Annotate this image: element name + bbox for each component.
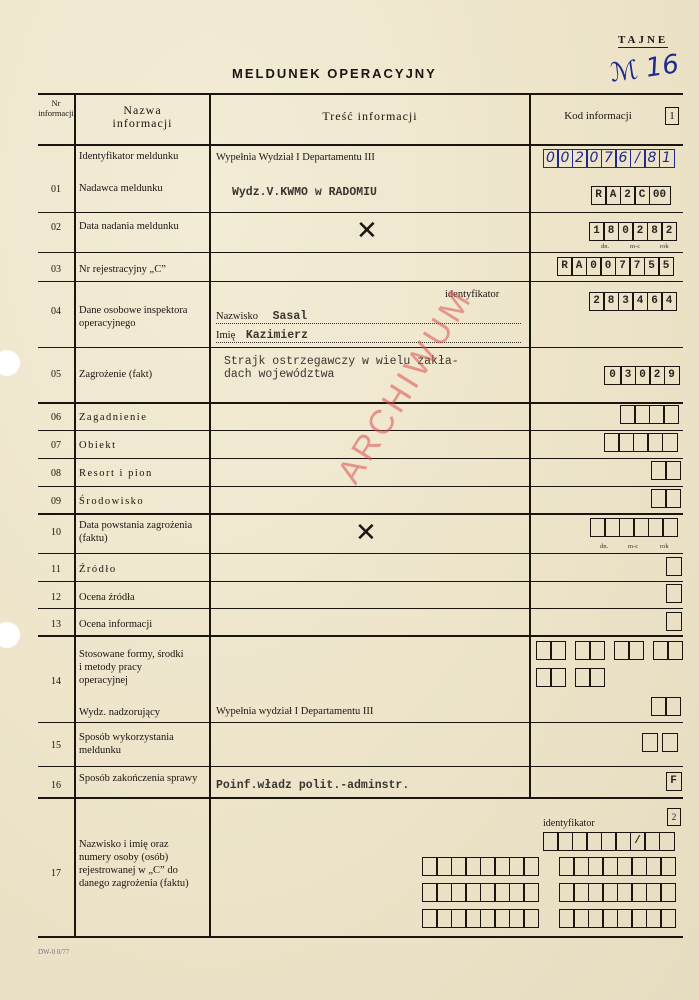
row-name-data-powstania: Data powstania zagrożenia (faktu) [79, 519, 199, 545]
page-code-box: 1 [665, 107, 679, 125]
code-box-zrodlo [667, 557, 682, 576]
form-footer-code: DW-0 0/77 [38, 948, 69, 956]
row-name-stosowane-formy: Stosowane formy, środki i metody pracy o… [79, 648, 189, 687]
code-boxes-data-nadania: 1 8 0 2 8 2 [590, 222, 677, 241]
surname-field: Nazwisko Sasal [216, 310, 521, 324]
code-boxes-identyfikator-17: / [544, 832, 675, 851]
cross-mark-icon: ✕ [356, 218, 378, 244]
header-nazwa: Nazwa informacji [95, 104, 190, 130]
handwritten-page-number: ℳ 16 [608, 49, 681, 88]
row-divider [38, 581, 683, 582]
code-boxes-person-1a [423, 857, 539, 876]
row-number: 01 [38, 184, 74, 195]
code-box-sposob-zakonczenia: F [667, 772, 682, 791]
code-box-ocena-informacji [667, 612, 682, 631]
code-boxes-nr-rejestracyjny: R A 0 0 7 7 5 5 [558, 257, 674, 276]
row-number: 07 [38, 440, 74, 451]
code-boxes-zagadnienie [621, 405, 679, 424]
classification-label: TAJNE [618, 34, 668, 48]
row-number: 05 [38, 369, 74, 380]
code-boxes-person-2b [560, 883, 676, 902]
code-boxes-srodowisko [652, 489, 681, 508]
row-number: 08 [38, 468, 74, 479]
row-name-zagrozenie: Zagrożenie (fakt) [79, 368, 209, 381]
row-name-data-nadania: Data nadania meldunku [79, 220, 204, 233]
row-divider [38, 402, 683, 404]
code-boxes-inspektor: 2 8 3 4 6 4 [590, 292, 677, 311]
punch-hole [0, 622, 20, 648]
row-name-ocena-zrodla: Ocena źródła [79, 591, 209, 604]
row-number: 03 [38, 264, 74, 275]
row-number: 11 [38, 564, 74, 575]
code-boxes-nadawca: R A 2 C 00 [592, 186, 671, 205]
row-divider [38, 766, 683, 767]
code-boxes-formy-row2 [537, 668, 605, 687]
row-name-sposob-wykorzystania: Sposób wykorzystania meldunku [79, 731, 209, 757]
code-boxes-wydz-nadzorujacy [652, 697, 681, 716]
row-divider [38, 722, 683, 723]
code-boxes-obiekt [605, 433, 678, 452]
header-tresc: Treść informacji [300, 110, 440, 123]
row-divider [38, 281, 683, 282]
code-box-ocena-zrodla [667, 584, 682, 603]
row-name-zagadnienie: Zagadnienie [79, 411, 209, 424]
row-name-sposob-zakonczenia: Sposób zakończenia sprawy [79, 772, 209, 785]
firstname-field: Imię Kazimierz [216, 329, 521, 343]
row-name-identyfikator: Identyfikator meldunku [79, 150, 209, 163]
row-number: 10 [38, 527, 74, 538]
row-number: 14 [38, 676, 74, 687]
row-divider [38, 797, 683, 799]
row-divider [38, 252, 683, 253]
identyfikator-label-17: identyfikator [543, 818, 595, 829]
column-divider [529, 93, 531, 798]
code-boxes-data-powstania [591, 518, 678, 537]
column-divider [74, 93, 76, 937]
punch-hole [0, 350, 20, 376]
row-number: 06 [38, 412, 74, 423]
code-boxes-person-3b [560, 909, 676, 928]
row-number: 15 [38, 740, 74, 751]
header-kod: Kod informacji [548, 110, 648, 123]
code-boxes-formy-row1 [537, 641, 683, 660]
row-name-srodowisko: Środowisko [79, 495, 209, 508]
row-name-nazwisko-imie: Nazwisko i imię oraz numery osoby (osób)… [79, 838, 199, 890]
row-divider [38, 347, 683, 348]
row-divider [38, 212, 683, 213]
code-boxes-person-1b [560, 857, 676, 876]
row-name-nr-rejestracyjny: Nr rejestracyjny „C” [79, 263, 209, 276]
row-number: 16 [38, 780, 74, 791]
row-content-sposob-zakonczenia: Poinf.władz polit.-adminstr. [216, 779, 409, 792]
row-name-obiekt: Obiekt [79, 439, 209, 452]
table-bottom-border [38, 936, 683, 938]
row-content-nadawca: Wydz.V.KWMO w RADOMIU [232, 186, 377, 199]
row-name-zrodlo: Źródło [79, 563, 209, 576]
code-boxes-person-3a [423, 909, 539, 928]
row-number: 02 [38, 222, 74, 233]
row-content-identyfikator: Wypełnia Wydział I Departamentu III [216, 152, 375, 163]
row-divider [38, 553, 683, 554]
code-boxes-zagrozenie: 0 3 0 2 9 [605, 366, 680, 385]
code-boxes-person-2a [423, 883, 539, 902]
code-boxes-resort [652, 461, 681, 480]
row-divider [38, 608, 683, 609]
header-nr: Nr informacji [38, 98, 74, 118]
page-code-box-2: 2 [667, 808, 681, 826]
row-name-dane-osobowe: Dane osobowe inspektora operacyjnego [79, 304, 209, 330]
table-top-border [38, 93, 683, 95]
row-number: 04 [38, 306, 74, 317]
row-number: 12 [38, 592, 74, 603]
row-divider [38, 513, 683, 515]
row-name-wydz-nadzorujacy: Wydz. nadzorujący [79, 706, 209, 719]
row-number: 09 [38, 496, 74, 507]
code-boxes-sposob-wykorzystania [643, 733, 678, 752]
column-divider [209, 93, 211, 937]
form-title: MELDUNEK OPERACYJNY [232, 66, 437, 81]
row-name-ocena-informacji: Ocena informacji [79, 618, 209, 631]
code-boxes-identyfikator: 0 0 2 0 7 6 / 8 1 [544, 149, 675, 168]
row-number: 13 [38, 619, 74, 630]
row-name-resort: Resort i pion [79, 467, 209, 480]
row-divider [38, 635, 683, 637]
cross-mark-icon: ✕ [355, 520, 377, 546]
row-number: 17 [38, 868, 74, 879]
row-name-nadawca: Nadawca meldunku [79, 182, 209, 195]
row-content-zagrozenie-line2: dach województwa [224, 368, 334, 381]
row-content-wydz-nadzorujacy: Wypełnia wydział I Departamentu III [216, 706, 373, 717]
row-divider [38, 144, 683, 146]
